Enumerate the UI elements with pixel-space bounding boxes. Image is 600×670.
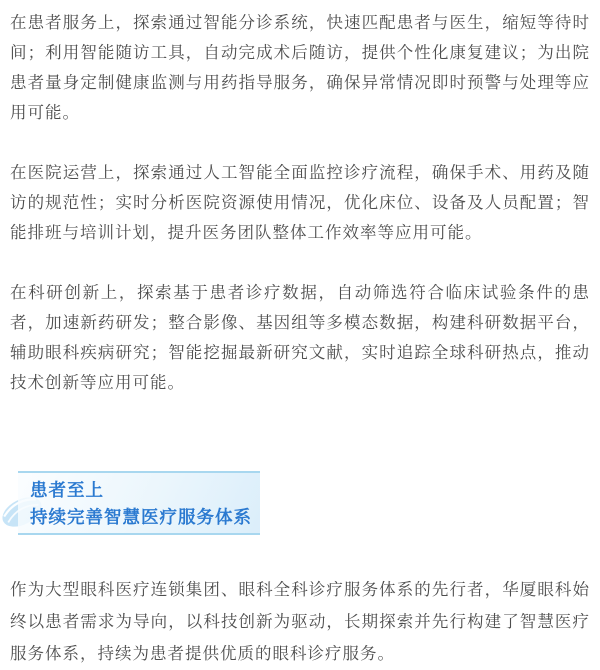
paragraph-patient-services: 在患者服务上，探索通过智能分诊系统，快速匹配患者与医生，缩短等待时间；利用智能随…: [10, 8, 590, 128]
paragraph-hospital-operations: 在医院运营上，探索通过人工智能全面监控诊疗流程，确保手术、用药及随访的规范性；实…: [10, 158, 590, 248]
section-heading-box: 患者至上 持续完善智慧医疗服务体系: [18, 471, 260, 535]
article-page: 在患者服务上，探索通过智能分诊系统，快速匹配患者与医生，缩短等待时间；利用智能随…: [0, 0, 600, 670]
section-heading-banner: 患者至上 持续完善智慧医疗服务体系: [10, 471, 590, 535]
section-heading-line1: 患者至上: [30, 477, 248, 504]
paragraph-closing: 作为大型眼科医疗连锁集团、眼科全科诊疗服务体系的先行者，华厦眼科始终以患者需求为…: [10, 574, 590, 670]
paragraph-research-innovation: 在科研创新上，探索基于患者诊疗数据，自动筛选符合临床试验条件的患者，加速新药研发…: [10, 278, 590, 398]
section-heading-line2: 持续完善智慧医疗服务体系: [30, 504, 248, 531]
